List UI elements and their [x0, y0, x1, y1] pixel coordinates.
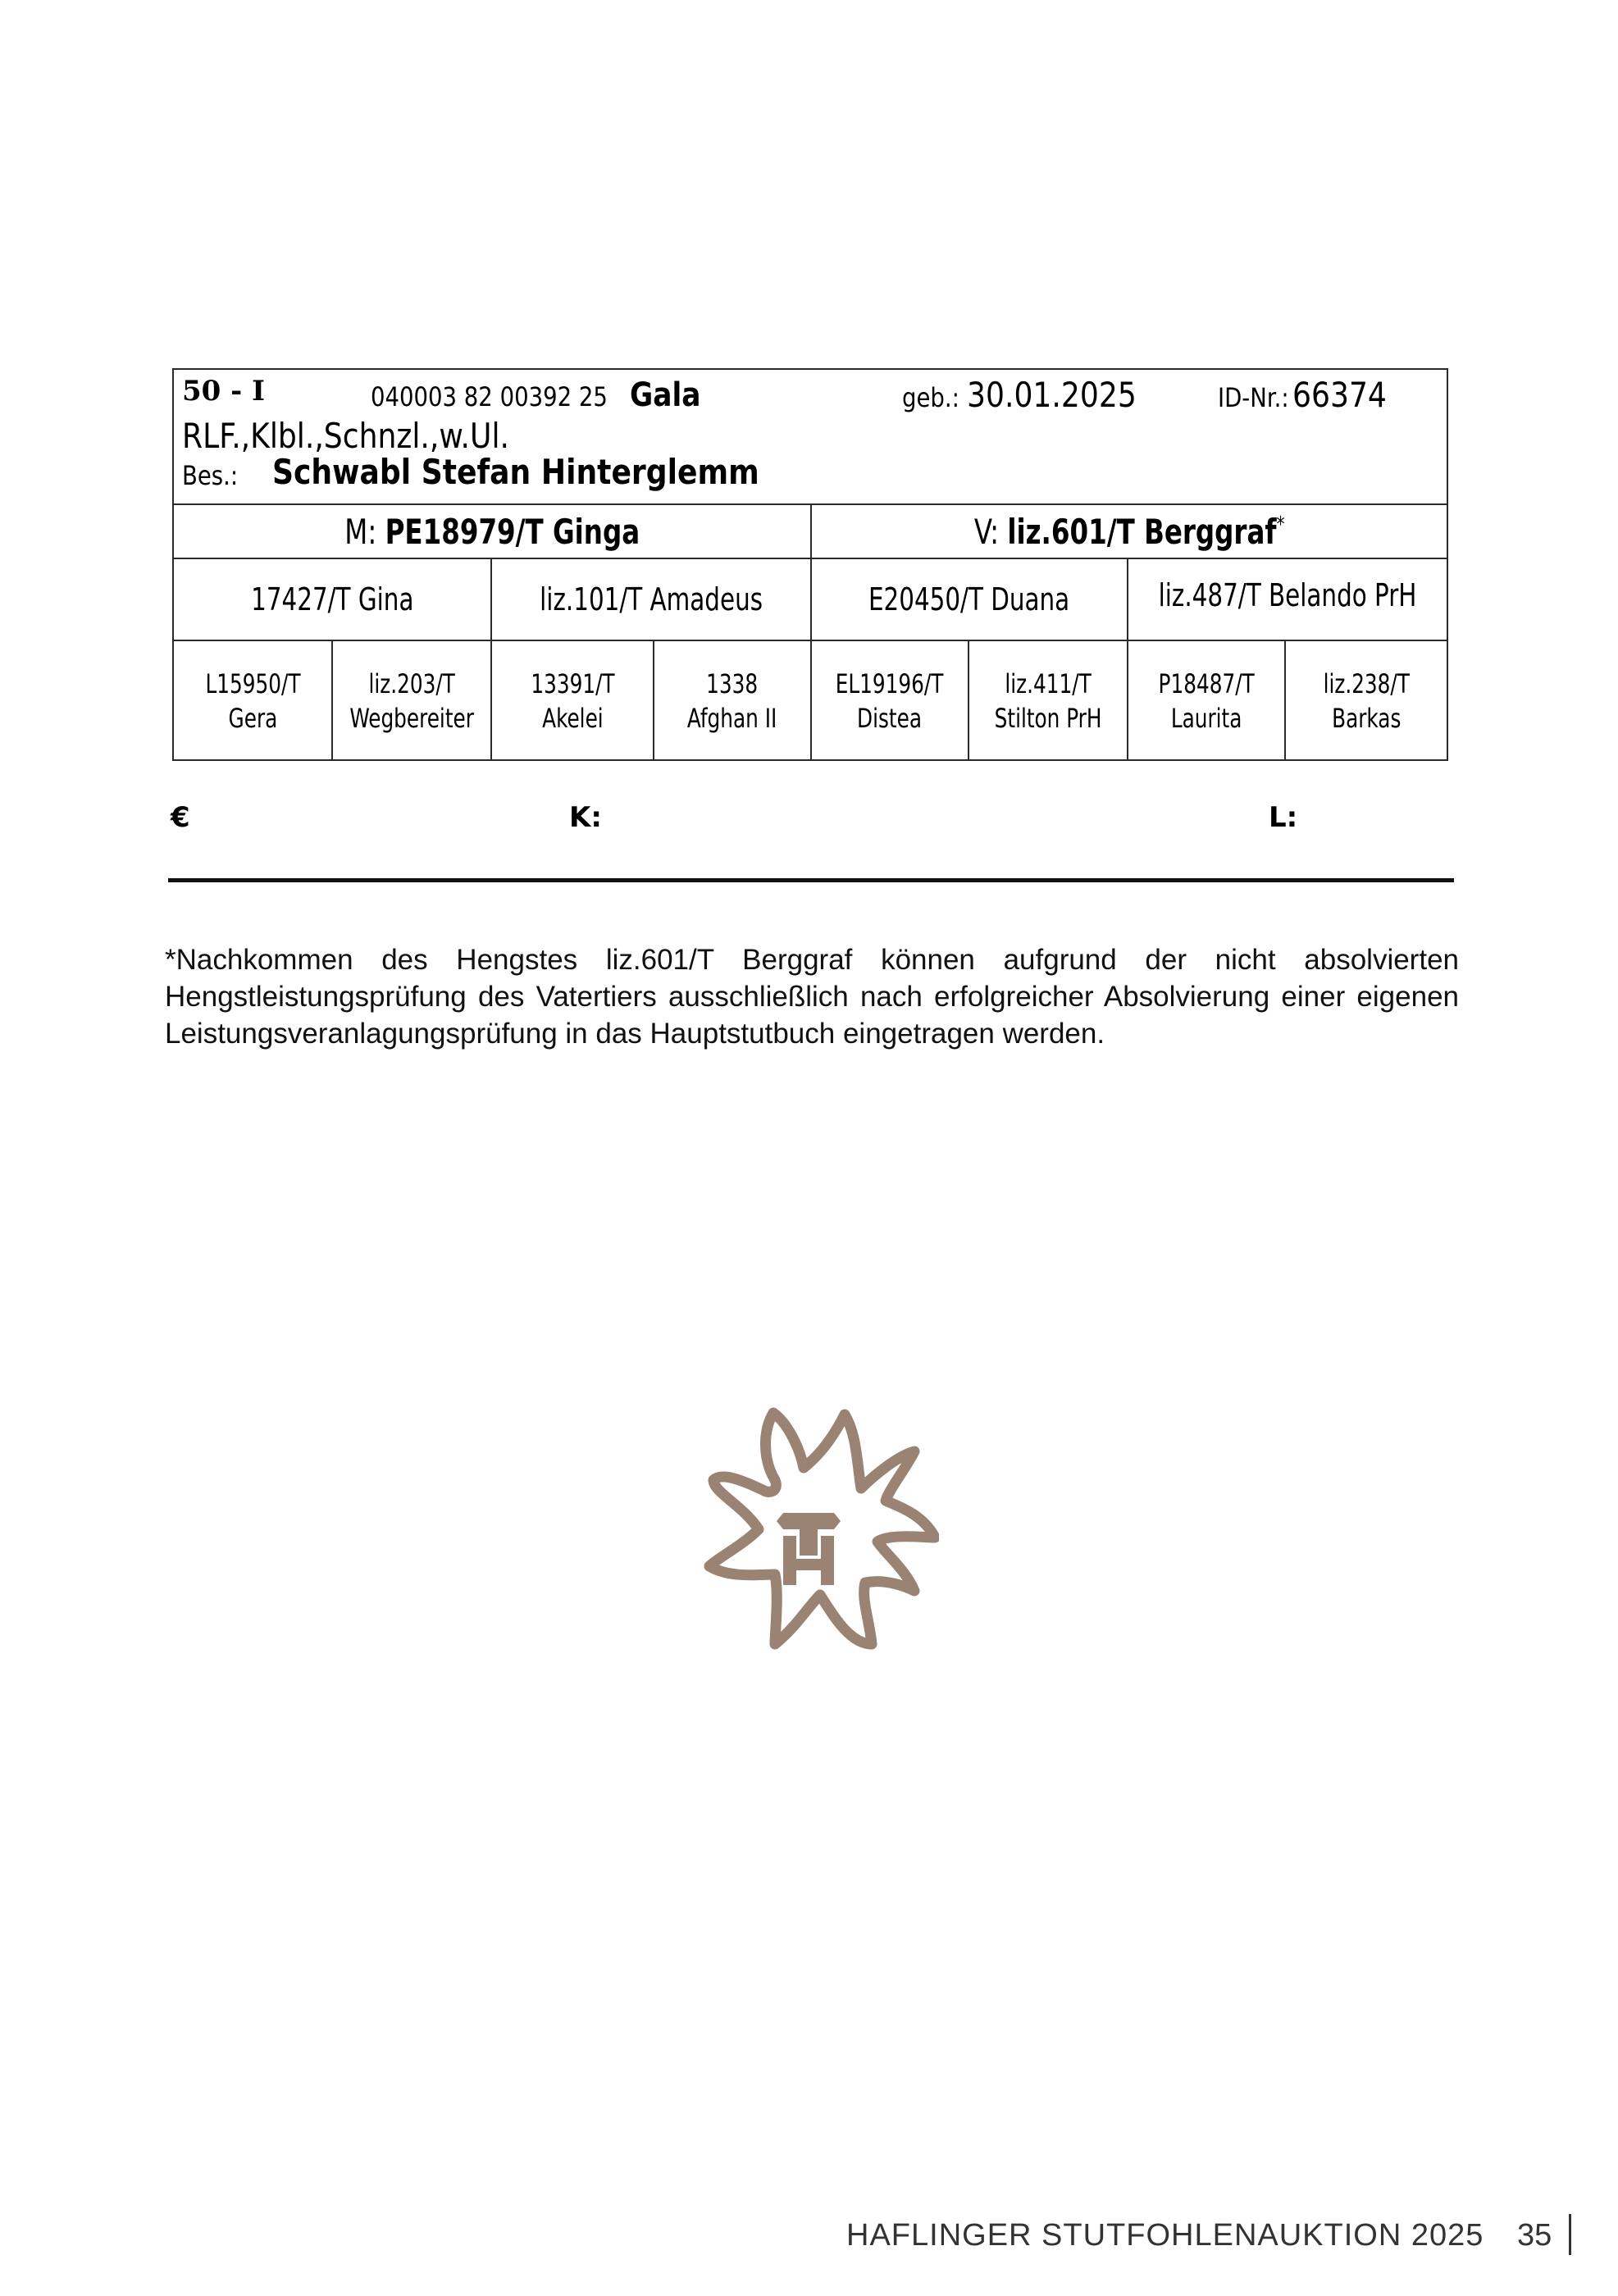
owner-name: Schwabl Stefan Hinterglemm [272, 452, 759, 492]
great-grandparent-cell: liz.411/TStilton PrH [969, 641, 1127, 761]
ueln: 040003 82 00392 25 [371, 381, 608, 412]
id-number: ID-Nr.:66374 [1218, 375, 1402, 415]
lot-number: 50 - I [182, 375, 265, 408]
great-grandparent-cell: L15950/TGera [174, 641, 331, 761]
dam-name: PE18979/T Ginga [385, 512, 640, 552]
sire-label: V: [974, 512, 999, 552]
page-number-bar [1569, 2214, 1571, 2255]
sale-rule [168, 878, 1454, 882]
edelweiss-logo-icon [685, 1398, 939, 1669]
birth-date: geb.:30.01.2025 [902, 375, 1165, 415]
grandparent-cell: E20450/T Duana [812, 559, 1127, 640]
great-grandparent-cell: P18487/TLaurita [1128, 641, 1284, 761]
dam-cell: M: PE18979/T Ginga [174, 505, 810, 558]
buyer-label: K: [569, 801, 602, 834]
markings: RLF.,Klbl.,Schnzl.,w.Ul. [182, 416, 563, 456]
lot-ueln-name: 040003 82 00392 25Gala [371, 376, 712, 414]
born-date: 30.01.2025 [967, 375, 1137, 415]
footer-title: HAFLINGER STUTFOHLENAUKTION 2025 [846, 2218, 1484, 2253]
dam-label: M: [344, 512, 376, 552]
footnote: *Nachkommen des Hengstes liz.601/T Bergg… [165, 941, 1459, 1052]
id-label: ID-Nr.: [1218, 382, 1289, 413]
pedigree-table: 50 - I 040003 82 00392 25Gala geb.:30.01… [172, 368, 1448, 761]
owner-line: Bes.: Schwabl Stefan Hinterglemm [182, 460, 247, 491]
owner-label: Bes.: [182, 460, 238, 491]
sire-name: liz.601/T Berggraf [1007, 512, 1276, 552]
grandparent-cell: liz.101/T Amadeus [492, 559, 810, 640]
sire-cell: V: liz.601/T Berggraf* [812, 505, 1447, 558]
id-value: 66374 [1292, 375, 1387, 415]
grandparent-cell: liz.487/T Belando PrH [1128, 555, 1447, 635]
page-number: 35 [1517, 2218, 1552, 2253]
born-label: geb.: [902, 382, 959, 413]
great-grandparent-cell: liz.203/TWegbereiter [333, 641, 490, 761]
great-grandparent-cell: EL19196/TDistea [812, 641, 968, 761]
price-label: € [171, 801, 190, 834]
country-label: L: [1269, 801, 1297, 834]
sire-asterisk: * [1276, 512, 1284, 537]
grandparent-cell: 17427/T Gina [174, 559, 490, 640]
great-grandparent-cell: liz.238/TBarkas [1286, 641, 1447, 761]
horse-name: Gala [630, 376, 700, 414]
great-grandparent-cell: 1338Afghan II [654, 641, 810, 761]
great-grandparent-cell: 13391/TAkelei [492, 641, 653, 761]
